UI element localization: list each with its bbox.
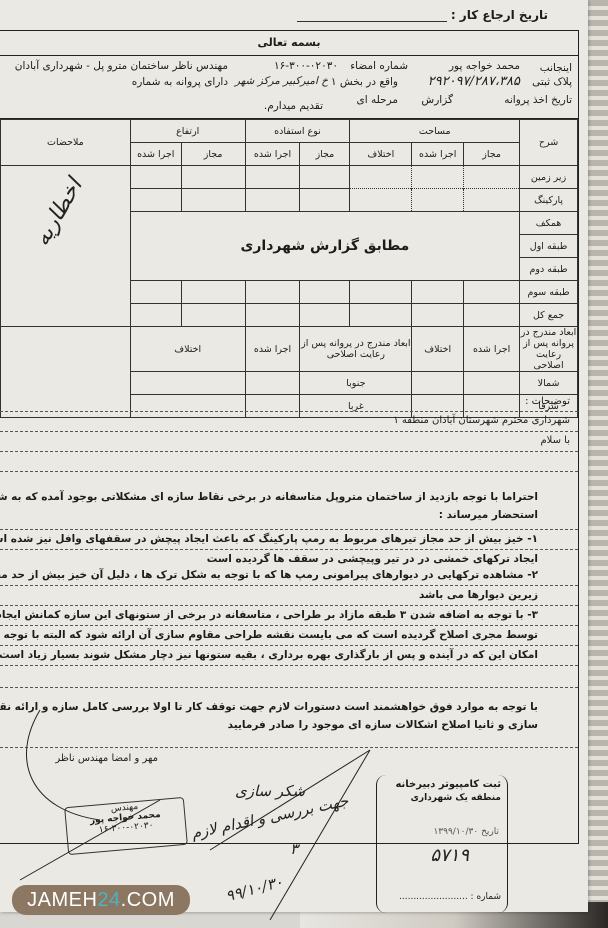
stage-label: مرحله ای [357, 94, 399, 106]
dims-header-a: ابعاد مندرج در پروانه پس از رعایت اصلاحی [520, 327, 578, 372]
divider [0, 645, 578, 646]
row-label: همکف [520, 212, 578, 235]
report-label: گزارش [421, 94, 453, 106]
form-header: اینجانب محمد خواجه پور شماره امضاء ۱۶-۳۰… [0, 56, 578, 119]
return-date: تاریخ ارجاع کار : [297, 8, 548, 22]
dims-difference-b: اختلاف [130, 327, 245, 372]
col-remarks: ملاحضات [1, 120, 131, 166]
divider [0, 529, 578, 530]
area-difference: اختلاف [350, 143, 412, 166]
dims-executed-a: اجرا شده [464, 327, 520, 372]
row-label: طبقه دوم [520, 258, 578, 281]
submit-label: تقدیم میدارم. [264, 100, 323, 112]
prefix: اینجانب [540, 62, 572, 74]
item1-line-b: ایجاد ترکهای خمشی در در تیر وپیچشی در سق… [207, 553, 538, 565]
group-area: مساحت [350, 120, 520, 143]
divider [0, 625, 578, 626]
registry-number: ۵۷۱۹ [430, 845, 469, 866]
merged-note: مطابق گزارش شهرداری [130, 212, 519, 281]
basmala: بسمه تعالی [0, 31, 578, 56]
signature-no-label: شماره امضاء [350, 60, 408, 72]
use-executed: اجرا شده [245, 143, 300, 166]
registry-stamp: ثبت کامپیوتر دبیرخانه منطقه یک شهرداری ت… [376, 775, 508, 913]
divider [0, 687, 578, 688]
divider [0, 451, 578, 452]
permit-label: دارای پروانه به شماره [132, 76, 228, 88]
watermark-prefix: JAMEH [27, 889, 97, 911]
plot-label: پلاک ثبتی [532, 76, 572, 88]
table-row: زیر زمین [1, 166, 578, 189]
item2-line-b: زیرین دیوارها می باشد [419, 589, 538, 601]
intro-line-2: استحضار میرساند : [439, 509, 538, 521]
col-description: شرح [520, 120, 578, 166]
divider [0, 605, 578, 606]
greeting: با سلام [540, 435, 570, 446]
signature-no: ۱۶-۳۰۰-۰۲۰۳۰ [274, 60, 338, 72]
intro-line-1: احتراما با توجه بازدید از ساختمان متروپل… [0, 491, 538, 503]
row-label: زیر زمین [520, 166, 578, 189]
divider [0, 431, 578, 432]
registry-date: تاریخ ۱۳۹۹/۱۰/۳۰ [433, 827, 499, 837]
north-label: شمالا [520, 372, 578, 395]
site-watermark: JAMEH24.COM [12, 885, 190, 915]
permit-date-label: تاریخ اخذ پروانه [504, 94, 572, 106]
row-label: طبقه اول [520, 235, 578, 258]
divider [0, 471, 578, 472]
south-label: جنوبا [300, 372, 412, 395]
dims-header-b: ابعاد مندرج در پروانه پس از رعایت اصلاحی [300, 327, 412, 372]
location: خ امیرکبیر مرکز شهر [235, 75, 328, 87]
row-label: پارکینگ [520, 189, 578, 212]
notes-label: توضیحات : [525, 396, 570, 407]
plot-numbers: ۲۹۲۰۹۷/۲۸۷،۳۸۵ [428, 74, 520, 89]
item3-line-b: توسط مجری اصلاح گردیده است که می بایست ن… [0, 629, 538, 641]
row-label: طبقه سوم [520, 281, 578, 304]
item3-line-c: امکان این که در آینده و پس از بارگذاری ب… [0, 649, 538, 661]
area-table: شرح مساحت نوع استفاده ارتفاع ملاحضات مجا… [0, 119, 578, 418]
item3-line-a: ۳- با توجه به اضافه شدن ۳ طبقه مازاد بر … [0, 609, 538, 621]
located-label: واقع در بخش ۱ [331, 76, 398, 88]
watermark-accent: 24 [97, 889, 120, 911]
registry-number-label: شماره : ........................ [399, 892, 501, 902]
registry-subtitle: منطقه یک شهرداری [411, 793, 501, 803]
group-height: ارتفاع [130, 120, 245, 143]
use-allowed: مجاز [300, 143, 350, 166]
area-allowed: مجاز [464, 143, 520, 166]
divider [0, 665, 578, 666]
addressee: شهرداری محترم شهرستان آبادان منطقه ۱ [393, 415, 570, 426]
return-date-label: تاریخ ارجاع کار : [451, 8, 548, 22]
document-page: تاریخ ارجاع کار : بسمه تعالی اینجانب محم… [0, 0, 588, 912]
engineer-name: محمد خواجه پور [449, 60, 520, 72]
dims-difference-a: اختلاف [412, 327, 464, 372]
registry-title: ثبت کامپیوتر دبیرخانه [395, 779, 501, 790]
divider [0, 411, 578, 412]
group-use: نوع استفاده [245, 120, 350, 143]
divider [0, 549, 578, 550]
area-executed: اجرا شده [412, 143, 464, 166]
row-label: جمع کل [520, 304, 578, 327]
item1-line-a: ۱- خیز بیش از حد مجاز تیرهای مربوط به رم… [0, 533, 538, 545]
height-executed: اجرا شده [130, 143, 181, 166]
dims-blank [1, 327, 131, 418]
divider [0, 585, 578, 586]
watermark-suffix: .COM [121, 889, 175, 911]
engineer-role: مهندس ناظر ساختمان مترو پل - شهرداری آبا… [15, 60, 228, 72]
item2-line-a: ۲- مشاهده ترکهایی در دیوارهای پیرامونی ر… [0, 569, 538, 581]
dims-executed-b: اجرا شده [245, 327, 300, 372]
return-date-blank [297, 21, 447, 22]
height-allowed: مجاز [181, 143, 245, 166]
